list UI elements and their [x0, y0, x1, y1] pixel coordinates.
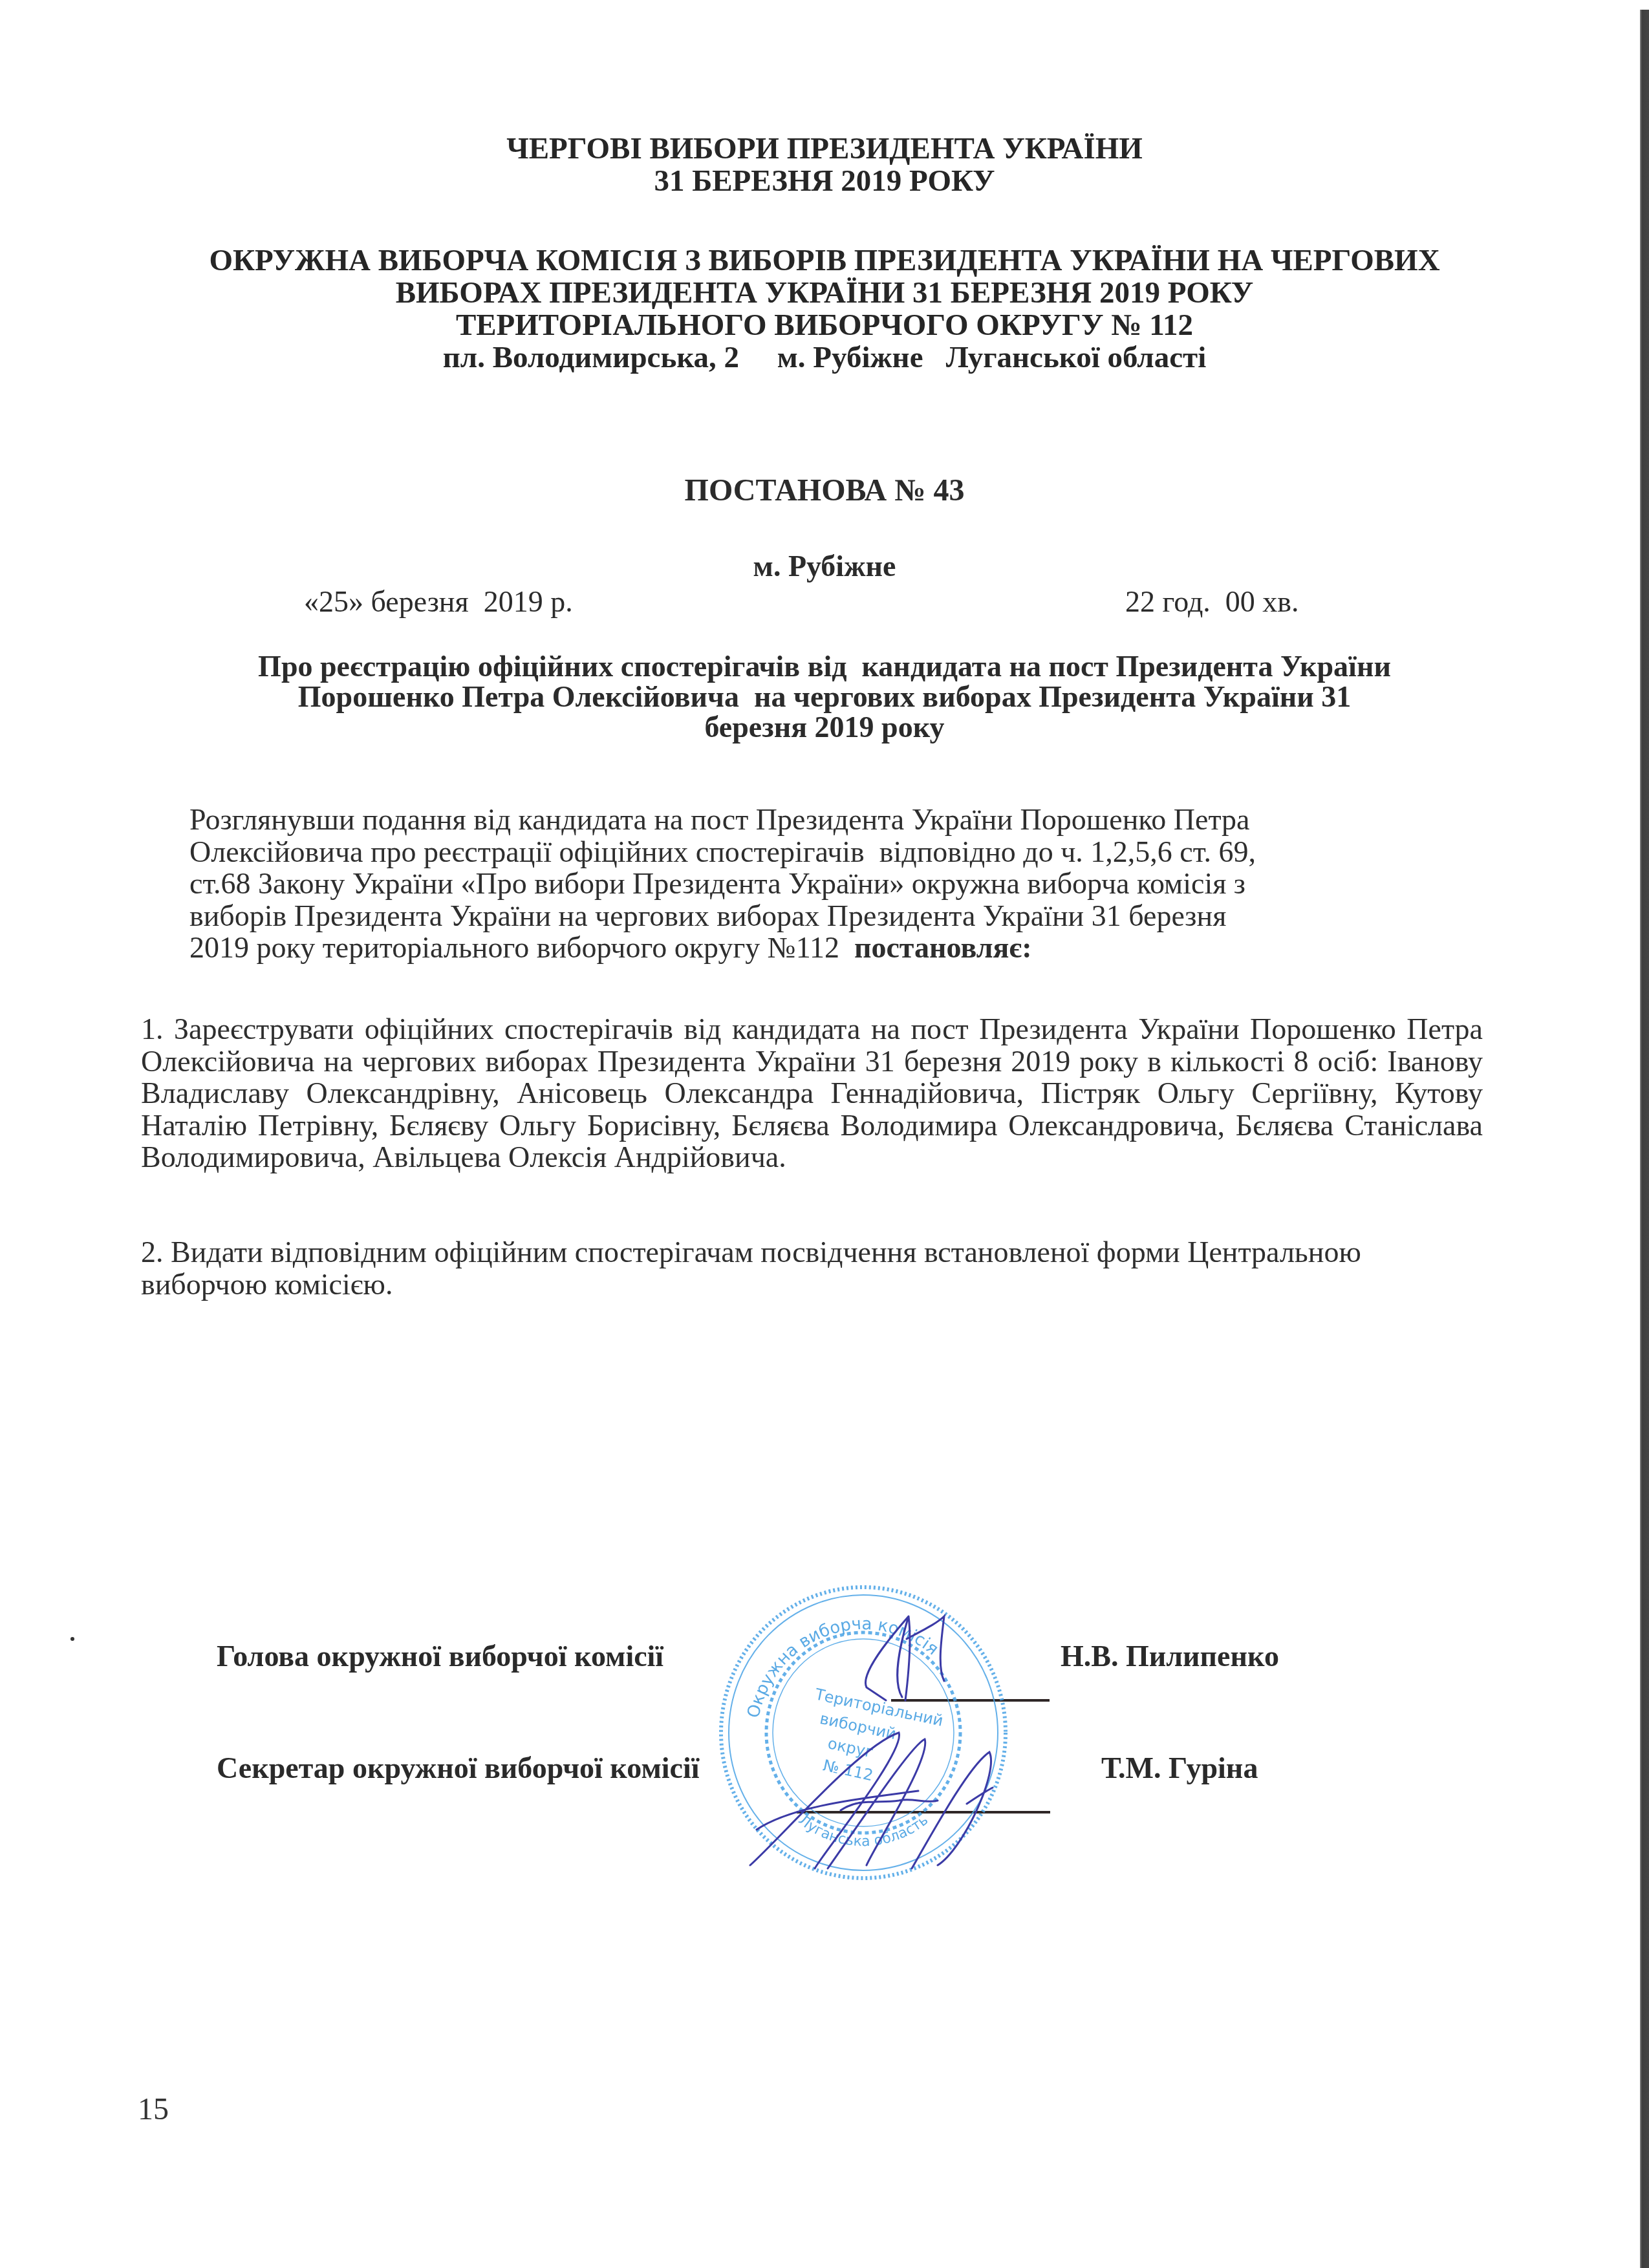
decision-word: постановляє: [854, 931, 1032, 964]
preamble-line: Олексійовича про реєстрації офіційних сп… [189, 836, 1476, 868]
commission-name-line3: ТЕРИТОРІАЛЬНОГО ВИБОРЧОГО ОКРУГУ № 112 [0, 309, 1649, 341]
secretary-name: Т.М. Гуріна [1101, 1752, 1258, 1784]
secretary-signature-icon [744, 1707, 1015, 1875]
resolution-title: ПОСТАНОВА № 43 [0, 474, 1649, 508]
preamble-line: 2019 року територіального виборчого окру… [189, 931, 854, 964]
preamble-line: Розглянувши подання від кандидата на пос… [189, 804, 1476, 836]
resolution-date: «25» березня 2019 р. [304, 586, 573, 618]
secretary-label: Секретар окружної виборчої комісії [217, 1752, 699, 1784]
resolution-time: 22 год. 00 хв. [1125, 586, 1299, 618]
chair-signature-icon [847, 1603, 964, 1707]
subject-line3: березня 2019 року [0, 712, 1649, 742]
preamble-line: виборів Президента України на чергових в… [189, 900, 1476, 932]
preamble-line: ст.68 Закону України «Про вибори Президе… [189, 868, 1476, 900]
commission-name-line2: ВИБОРАХ ПРЕЗИДЕНТА УКРАЇНИ 31 БЕРЕЗНЯ 20… [0, 277, 1649, 309]
stray-dot [70, 1637, 74, 1641]
subject-line2: Порошенко Петра Олексійовича на чергових… [0, 681, 1649, 712]
election-title: ЧЕРГОВІ ВИБОРИ ПРЕЗИДЕНТА УКРАЇНИ [0, 133, 1649, 165]
election-date: 31 БЕРЕЗНЯ 2019 РОКУ [0, 165, 1649, 197]
item-1: 1. Зареєструвати офіційних спостерігачів… [141, 1013, 1483, 1173]
item-2: 2. Видати відповідним офіційним спостері… [141, 1236, 1483, 1300]
chair-label: Голова окружної виборчої комісії [217, 1640, 663, 1673]
subject-line1: Про реєстрацію офіційних спостерігачів в… [0, 651, 1649, 681]
resolution-city: м. Рубіжне [0, 550, 1649, 583]
commission-name-line1: ОКРУЖНА ВИБОРЧА КОМІСІЯ З ВИБОРІВ ПРЕЗИД… [0, 244, 1649, 277]
preamble-paragraph: Розглянувши подання від кандидата на пос… [189, 804, 1476, 964]
commission-address: пл. Володимирська, 2 м. Рубіжне Луганськ… [0, 341, 1649, 374]
page-number: 15 [138, 2093, 169, 2126]
chair-name: Н.В. Пилипенко [1061, 1640, 1279, 1673]
